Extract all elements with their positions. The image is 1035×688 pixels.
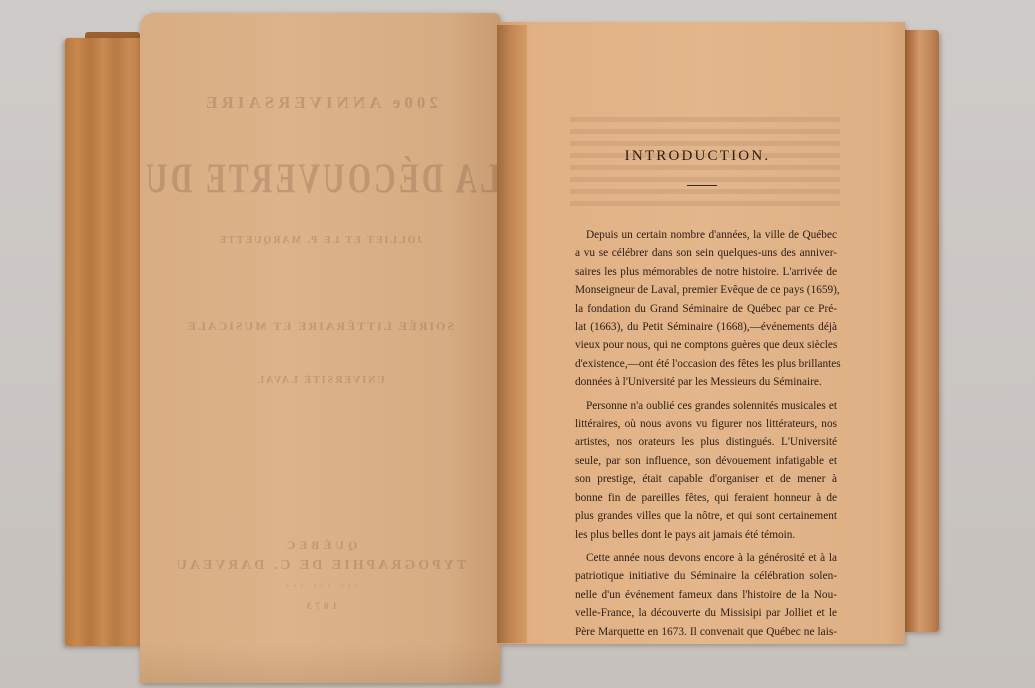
text-line: saires les plus mémorables de notre hist…: [575, 263, 837, 281]
text-line: seule, par son influence, son dévouement…: [575, 452, 837, 470]
text-line: plus grandes villes que la nôtre, et qui…: [575, 507, 837, 525]
text-line: Cette année nous devons encore à la géné…: [575, 549, 837, 567]
right-page-stack-edges: [903, 30, 939, 632]
text-line: données à l'Université par les Messieurs…: [575, 373, 837, 391]
paragraph-2: Personne n'a oublié ces grandes solennit…: [575, 397, 837, 544]
text-line: Monseigneur de Laval, premier Evêque de …: [575, 281, 837, 299]
text-line: Depuis un certain nombre d'années, la vi…: [575, 226, 837, 244]
text-line: nelle d'un événement fameux dans l'histo…: [575, 586, 837, 604]
left-page-stack-edges: [65, 38, 150, 646]
text-line: artistes, nos orateurs les plus distingu…: [575, 433, 837, 451]
bleed-through-line: TYPOGRAPHIE DE C. DARVEAU: [140, 558, 500, 574]
text-line: a vu se célébrer dans son sein quelques-…: [575, 244, 837, 262]
bleed-through-line: 1873: [140, 601, 500, 611]
bleed-through-line: UNIVERSITÉ LAVAL: [140, 375, 500, 386]
text-line: la fondation du Grand Séminaire de Québe…: [575, 300, 837, 318]
text-line: lat (1663), du Petit Séminaire (1668),—é…: [575, 318, 837, 336]
text-line: bonne fin de pareilles fêtes, qui feraie…: [575, 489, 837, 507]
text-line: patriotique initiative du Séminaire la c…: [575, 567, 837, 585]
text-line: vieux pour nous, qui ne comptons guères …: [575, 336, 837, 354]
open-book-photo: 200e ANNIVERSAIRE LA DÉCOUVERTE DU MISSI…: [0, 0, 1035, 688]
bleed-through-line: 200e ANNIVERSAIRE: [140, 93, 500, 113]
page-title: INTRODUCTION.: [495, 148, 900, 165]
text-line: littéraires, où nous avons vu figurer no…: [575, 415, 837, 433]
text-line: velle-France, la découverte du Missisipi…: [575, 604, 837, 622]
left-page-verso: 200e ANNIVERSAIRE LA DÉCOUVERTE DU MISSI…: [140, 13, 500, 683]
text-line: Père Marquette en 1673. Il convenait que…: [575, 623, 837, 641]
title-rule-divider: [687, 185, 717, 186]
text-line: Personne n'a oublié ces grandes solennit…: [575, 397, 837, 415]
bleed-through-line: SOIRÉE LITTÉRAIRE ET MUSICALE: [140, 319, 500, 334]
bleed-through-title: LA DÉCOUVERTE DU MISSISSIPI: [140, 156, 500, 204]
body-text: Depuis un certain nombre d'années, la vi…: [575, 226, 837, 646]
book-gutter-spine: [497, 25, 527, 643]
right-page-recto: INTRODUCTION. Depuis un certain nombre d…: [500, 22, 905, 644]
text-line: les plus belles dont le pays ait jamais …: [575, 526, 837, 544]
bleed-through-line: JOLLIET ET LE P. MARQUETTE: [140, 235, 500, 246]
bleed-through-line: ··· ··· ···: [140, 581, 500, 591]
paragraph-3: Cette année nous devons encore à la géné…: [575, 549, 837, 641]
text-line: son prestige, était capable d'organiser …: [575, 470, 837, 488]
text-line: d'existence,—ont été l'occasion des fête…: [575, 355, 837, 373]
bleed-through-line: QUÉBEC: [140, 538, 500, 553]
paragraph-1: Depuis un certain nombre d'années, la vi…: [575, 226, 837, 392]
